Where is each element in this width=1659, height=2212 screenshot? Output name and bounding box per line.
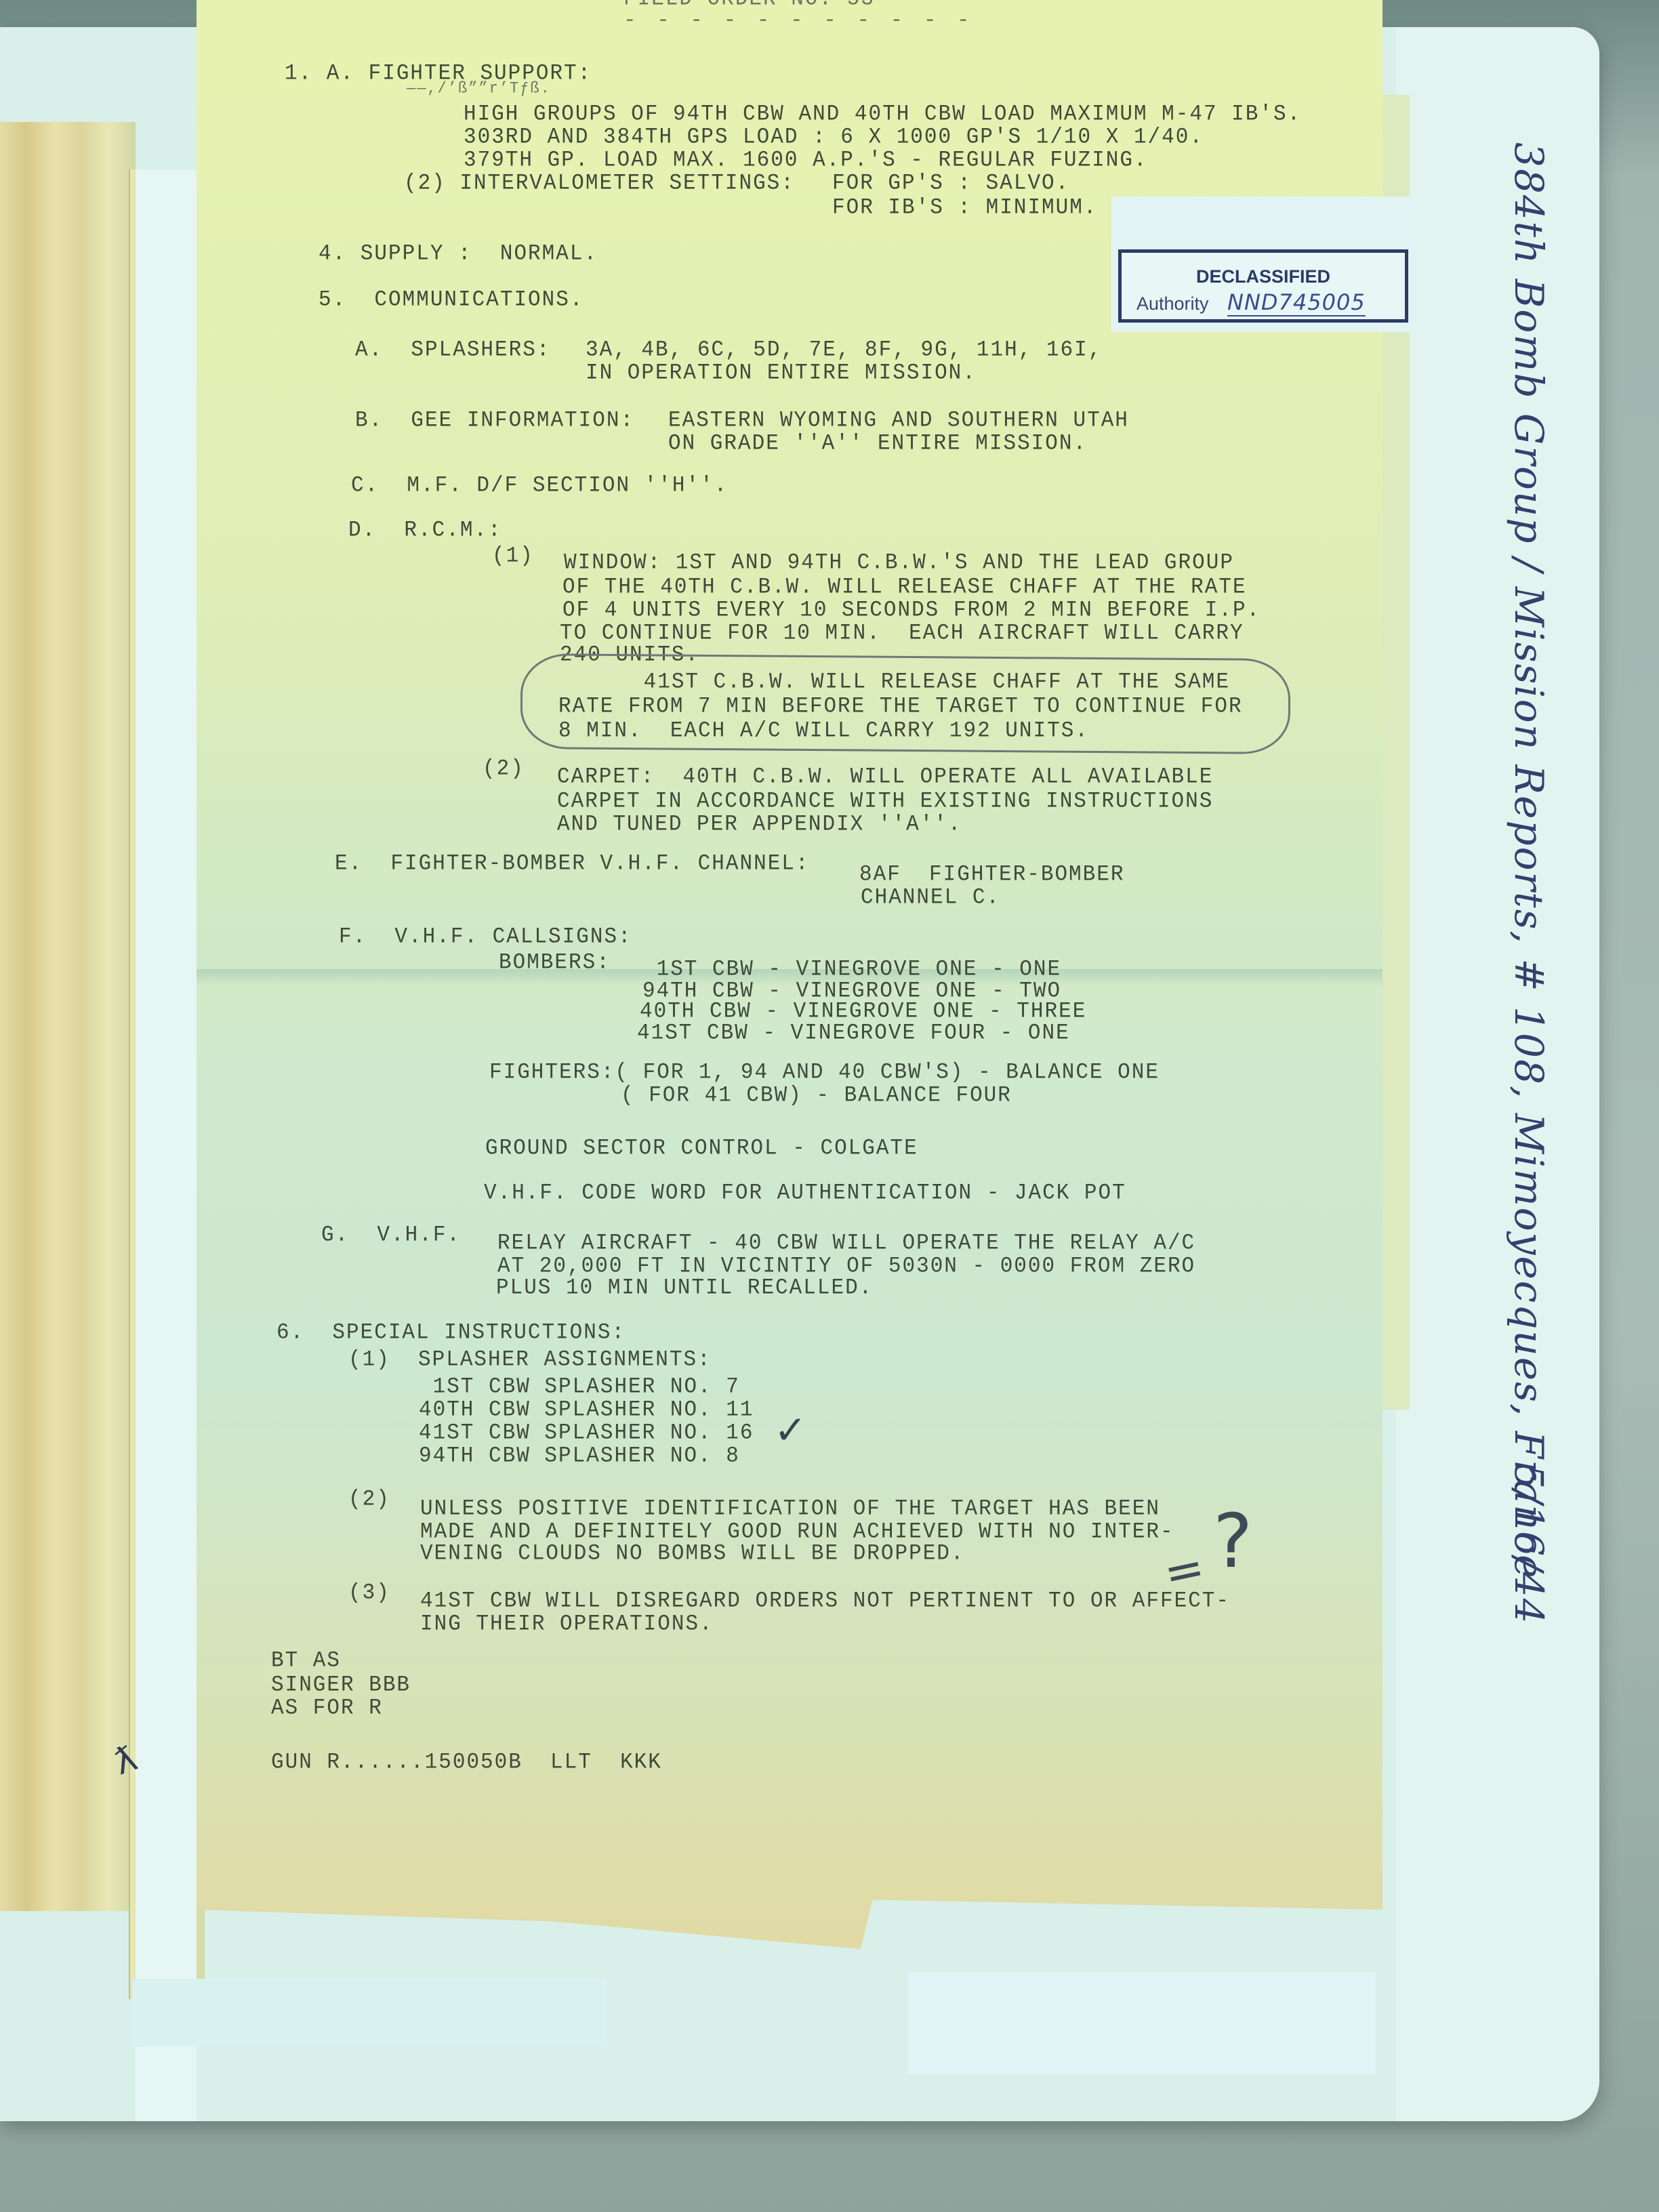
closing-line-2: SINGER BBB bbox=[271, 1673, 411, 1698]
instruction-3-line-1: 41ST CBW WILL DISREGARD ORDERS NOT PERTI… bbox=[420, 1589, 1230, 1614]
gee-label: B. GEE INFORMATION: bbox=[355, 409, 634, 433]
folder-label-strip bbox=[1396, 27, 1599, 2121]
gee-value-2: ON GRADE ''A'' ENTIRE MISSION. bbox=[668, 432, 1087, 456]
intervalometer-gp: FOR GP'S : SALVO. bbox=[832, 171, 1069, 196]
bomber-callsign-4: 41ST CBW - VINEGROVE FOUR - ONE bbox=[637, 1021, 1070, 1046]
folder-date-handwriting: 5/16/44 bbox=[1506, 1464, 1552, 1625]
bombers-label: BOMBERS: bbox=[499, 951, 611, 975]
section-4-supply: 4. SUPPLY : NORMAL. bbox=[319, 242, 598, 266]
authority-value: NND745005 bbox=[1227, 289, 1366, 316]
ground-sector-control: GROUND SECTOR CONTROL - COLGATE bbox=[485, 1136, 918, 1161]
folder-label-handwriting: 384th Bomb Group / Mission Reports, # 10… bbox=[1506, 142, 1552, 1579]
splasher-assignment-2: 40TH CBW SPLASHER NO. 11 bbox=[419, 1398, 754, 1422]
relay-label: G. V.H.F. bbox=[321, 1223, 461, 1248]
fighter-bomber-channel-value-2: CHANNEL C. bbox=[861, 886, 1000, 910]
rcm-1-num: (1) bbox=[492, 544, 534, 569]
intervalometer-label: (2) INTERVALOMETER SETTINGS: bbox=[404, 171, 795, 196]
authority-label: Authority bbox=[1136, 293, 1209, 314]
fighter-bomber-channel-label: E. FIGHTER-BOMBER V.H.F. CHANNEL: bbox=[335, 852, 810, 876]
checkmark-icon: ✓ bbox=[774, 1407, 807, 1453]
section-5-heading: 5. COMMUNICATIONS. bbox=[319, 288, 583, 312]
fighter-bomber-channel-value: 8AF FIGHTER-BOMBER bbox=[859, 863, 1124, 887]
splashers-value-2: IN OPERATION ENTIRE MISSION. bbox=[586, 361, 977, 386]
instruction-2-line-3: VENING CLOUDS NO BOMBS WILL BE DROPPED. bbox=[420, 1542, 965, 1566]
fighters-callsign-2: ( FOR 41 CBW) - BALANCE FOUR bbox=[621, 1084, 1012, 1108]
closing-line-3: AS FOR R bbox=[271, 1696, 383, 1721]
carpet-line-2: CARPET IN ACCORDANCE WITH EXISTING INSTR… bbox=[557, 790, 1213, 814]
instruction-3-line-2: ING THEIR OPERATIONS. bbox=[420, 1612, 714, 1637]
splasher-assignments-label: (1) SPLASHER ASSIGNMENTS: bbox=[348, 1348, 712, 1372]
closing-line-1: BT AS bbox=[271, 1649, 341, 1673]
carpet-line-3: AND TUNED PER APPENDIX ''A''. bbox=[557, 813, 962, 837]
chaff-41st-line-3: 8 MIN. EACH A/C WILL CARRY 192 UNITS. bbox=[558, 719, 1089, 743]
rcm-2-num: (2) bbox=[483, 757, 525, 781]
fighters-callsign-1: FIGHTERS:( FOR 1, 94 AND 40 CBW'S) - BAL… bbox=[489, 1061, 1160, 1085]
relay-line-3: PLUS 10 MIN UNTIL RECALLED. bbox=[496, 1276, 873, 1300]
chaff-41st-line-2: RATE FROM 7 MIN BEFORE THE TARGET TO CON… bbox=[558, 695, 1243, 719]
rcm-label: D. R.C.M.: bbox=[348, 518, 502, 543]
splashers-label: A. SPLASHERS: bbox=[355, 338, 550, 363]
section-1-line-1: HIGH GROUPS OF 94TH CBW AND 40TH CBW LOA… bbox=[464, 102, 1301, 127]
splasher-assignment-1: 1ST CBW SPLASHER NO. 7 bbox=[419, 1375, 740, 1399]
declassified-stamp: DECLASSIFIED Authority NND745005 bbox=[1118, 249, 1408, 323]
splashers-value: 3A, 4B, 6C, 5D, 7E, 8F, 9G, 11H, 16I, bbox=[586, 338, 1102, 363]
intervalometer-ib: FOR IB'S : MINIMUM. bbox=[832, 196, 1097, 220]
window-line-1: WINDOW: 1ST AND 94TH C.B.W.'S AND THE LE… bbox=[564, 551, 1234, 575]
section-1-cut-line: ——,/’ß””r’Tƒß. bbox=[407, 77, 551, 101]
declassified-title: DECLASSIFIED bbox=[1122, 266, 1405, 287]
window-line-2: OF THE 40TH C.B.W. WILL RELEASE CHAFF AT… bbox=[562, 575, 1247, 600]
gee-value: EASTERN WYOMING AND SOUTHERN UTAH bbox=[668, 409, 1129, 433]
signoff-line: GUN R......150050B LLT KKK bbox=[271, 1750, 662, 1775]
instruction-2-line-1: UNLESS POSITIVE IDENTIFICATION OF THE TA… bbox=[420, 1497, 1160, 1521]
splasher-assignment-4: 94TH CBW SPLASHER NO. 8 bbox=[419, 1444, 740, 1469]
question-mark-annotation: ? bbox=[1213, 1498, 1252, 1584]
carpet-line-1: CARPET: 40TH C.B.W. WILL OPERATE ALL AVA… bbox=[557, 765, 1213, 790]
white-slip-bottom-right bbox=[908, 1972, 1376, 2074]
header-rule: - - - - - - - - - - - bbox=[623, 9, 974, 33]
paper-stack-left bbox=[0, 122, 136, 1911]
section-1-line-2: 303RD AND 384TH GPS LOAD : 6 X 1000 GP'S… bbox=[464, 125, 1204, 150]
callsigns-label: F. V.H.F. CALLSIGNS: bbox=[339, 925, 632, 949]
white-divider-slip bbox=[136, 169, 197, 2121]
mf-df-section: C. M.F. D/F SECTION ''H''. bbox=[351, 474, 728, 498]
section-1-line-3: 379TH GP. LOAD MAX. 1600 A.P.'S - REGULA… bbox=[464, 148, 1148, 173]
chaff-41st-line-1: 41ST C.B.W. WILL RELEASE CHAFF AT THE SA… bbox=[560, 670, 1230, 695]
instruction-2-num: (2) bbox=[348, 1488, 390, 1512]
vhf-code-word: V.H.F. CODE WORD FOR AUTHENTICATION - JA… bbox=[484, 1181, 1126, 1206]
white-slip-bottom-left bbox=[132, 1979, 607, 2047]
relay-line-1: RELAY AIRCRAFT - 40 CBW WILL OPERATE THE… bbox=[497, 1231, 1195, 1256]
splasher-assignment-3: 41ST CBW SPLASHER NO. 16 bbox=[419, 1421, 754, 1446]
instruction-3-num: (3) bbox=[348, 1581, 390, 1605]
special-instructions-heading: 6. SPECIAL INSTRUCTIONS: bbox=[276, 1321, 626, 1345]
window-line-3: OF 4 UNITS EVERY 10 SECONDS FROM 2 MIN B… bbox=[562, 598, 1261, 623]
